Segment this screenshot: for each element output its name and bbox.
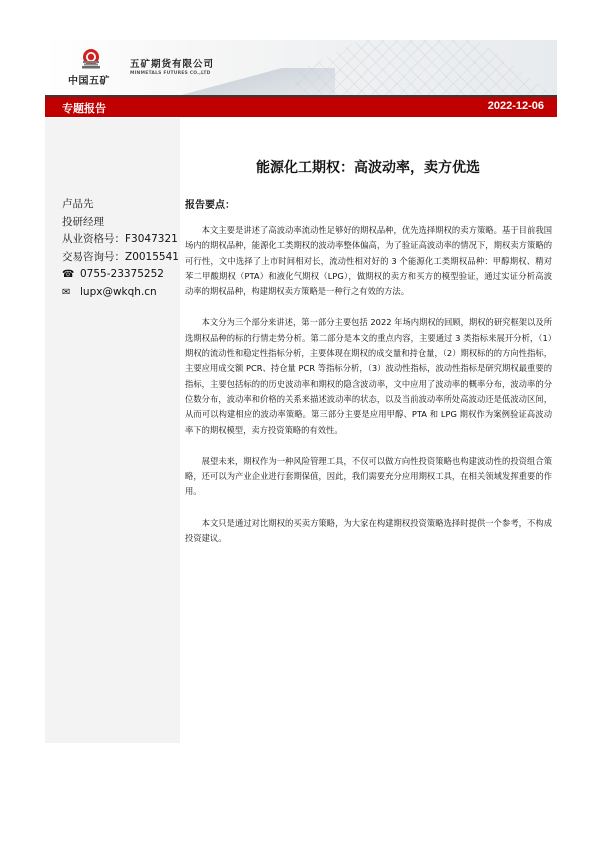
logo-text: 中国五矿: [68, 72, 128, 87]
phone-icon: ☎: [62, 266, 74, 284]
author-name: 卢品先: [62, 196, 179, 214]
author-email[interactable]: lupx@wkqh.cn: [80, 284, 157, 302]
report-type-bar: 专题报告 2022-12-06: [45, 97, 557, 117]
author-consulting-number: 交易咨询号：Z0015541: [62, 249, 179, 267]
minmetals-emblem-icon: [80, 48, 102, 70]
company-name: 五矿期货有限公司 MINMETALS FUTURES CO.,LTD: [130, 56, 214, 76]
email-icon: ✉: [62, 284, 74, 302]
key-points-heading: 报告要点：: [185, 196, 552, 211]
minmetals-logo: 中国五矿: [68, 48, 112, 88]
header-banner: [45, 40, 557, 96]
author-position: 投研经理: [62, 214, 179, 232]
report-date: 2022-12-06: [488, 100, 544, 112]
structure-paragraph: 本文分为三个部分来讲述，第一部分主要包括 2022 年场内期权的回顾，期权的研究…: [185, 315, 552, 437]
company-name-en: MINMETALS FUTURES CO.,LTD: [130, 71, 214, 76]
report-title: 能源化工期权：高波动率，卖方优选: [256, 157, 480, 177]
disclaimer-paragraph: 本文只是通过对比期权的买卖方策略，为大家在构建期权投资策略选择时提供一个参考，不…: [185, 516, 552, 547]
author-email-row: ✉ lupx@wkqh.cn: [62, 284, 179, 302]
summary-paragraph: 本文主要是讲述了高波动率流动性足够好的期权品种，优先选择期权的卖方策略。基于目前…: [185, 223, 552, 299]
author-phone: 0755-23375252: [80, 266, 164, 284]
report-body: 报告要点： 本文主要是讲述了高波动率流动性足够好的期权品种，优先选择期权的卖方策…: [185, 196, 552, 562]
author-phone-row: ☎ 0755-23375252: [62, 266, 179, 284]
author-qualification: 从业资格号：F3047321: [62, 231, 179, 249]
author-info: 卢品先 投研经理 从业资格号：F3047321 交易咨询号：Z0015541 ☎…: [62, 196, 179, 301]
company-name-cn: 五矿期货有限公司: [130, 56, 214, 70]
outlook-paragraph: 展望未来，期权作为一种风险管理工具，不仅可以做方向性投资策略也构建波动性的投资组…: [185, 454, 552, 500]
report-type-label: 专题报告: [62, 100, 106, 116]
